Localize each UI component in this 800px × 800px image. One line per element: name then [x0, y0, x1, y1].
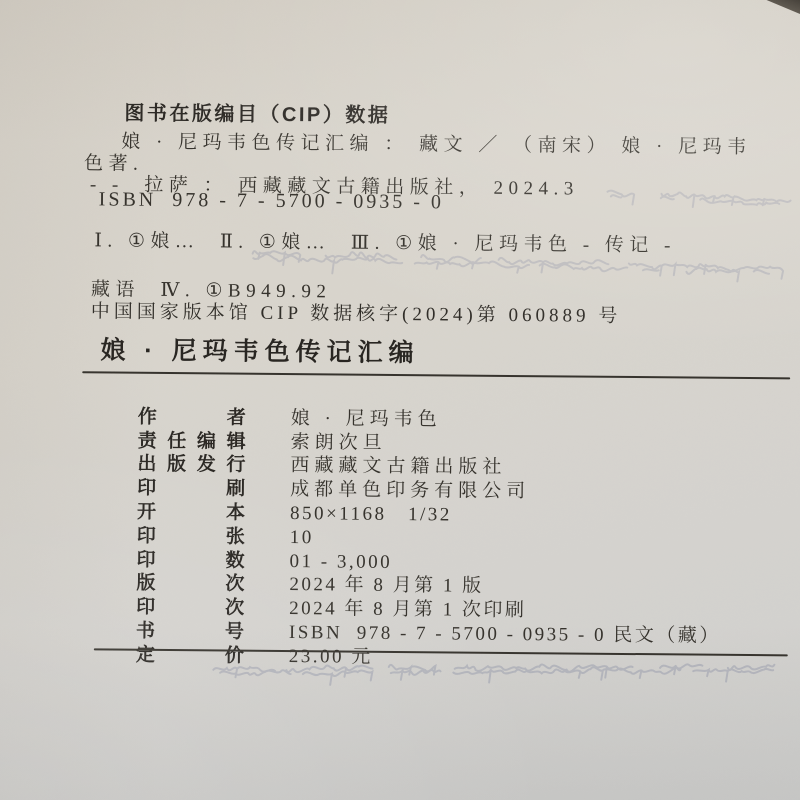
row-label: 印次	[136, 596, 244, 621]
row-value: 娘 · 尼玛韦色	[291, 408, 442, 430]
row-value: 2024 年 8 月第 1 版	[289, 574, 483, 597]
book-title: 娘 · 尼玛韦色传记汇编	[100, 330, 420, 369]
book-copyright-page-photo: 图书在版编目（CIP）数据 娘 · 尼玛韦色传记汇编 ： 藏文 ／ （南宋） 娘…	[0, 0, 800, 800]
row-value: 索朗次旦	[291, 432, 387, 454]
row-label: 责任编辑	[138, 429, 246, 454]
cip-isbn-line: ISBN 978 - 7 - 5700 - 0935 - 0	[99, 188, 444, 214]
row-label: 开本	[137, 501, 245, 526]
title-divider-rule	[82, 371, 790, 379]
cip-description-line-1: 娘 · 尼玛韦色传记汇编 ： 藏文 ／ （南宋） 娘 · 尼玛韦	[121, 127, 752, 160]
cip-record-number-line: 中国国家版本馆 CIP 数据核字(2024)第 060889 号	[91, 296, 622, 328]
cip-classification-line-1: Ⅰ. ①娘… Ⅱ. ①娘… Ⅲ. ①娘 · 尼玛韦色 - 传记 -	[94, 225, 676, 257]
cip-heading: 图书在版编目（CIP）数据	[124, 97, 390, 128]
row-value: 01 - 3,000	[289, 551, 392, 573]
row-label: 作者	[138, 406, 246, 431]
row-label: 印张	[137, 524, 245, 549]
row-value: 23.00 元	[289, 646, 373, 668]
row-value: 850×1168 1/32	[290, 503, 452, 525]
colophon-table: 作者娘 · 尼玛韦色 责任编辑索朗次旦 出版发行西藏藏文古籍出版社 印刷成都单色…	[98, 381, 760, 649]
row-value: 成都单色印务有限公司	[290, 479, 530, 502]
bleedthrough-script-top	[607, 191, 790, 208]
row-value: 西藏藏文古籍出版社	[290, 455, 506, 478]
row-value: 2024 年 8 月第 1 次印刷	[289, 598, 526, 621]
row-label: 出版发行	[137, 453, 245, 478]
row-label: 定价	[136, 643, 244, 668]
row-label: 印刷	[137, 477, 245, 502]
row-label: 印数	[136, 548, 244, 573]
row-value: 10	[290, 527, 314, 548]
row-label: 书号	[136, 620, 244, 645]
paper-surface: 图书在版编目（CIP）数据 娘 · 尼玛韦色传记汇编 ： 藏文 ／ （南宋） 娘…	[0, 0, 800, 800]
row-label: 版次	[136, 572, 244, 597]
colophon-row-author: 作者娘 · 尼玛韦色	[100, 381, 760, 411]
row-value: ISBN 978 - 7 - 5700 - 0935 - 0 民文（藏）	[289, 622, 721, 647]
